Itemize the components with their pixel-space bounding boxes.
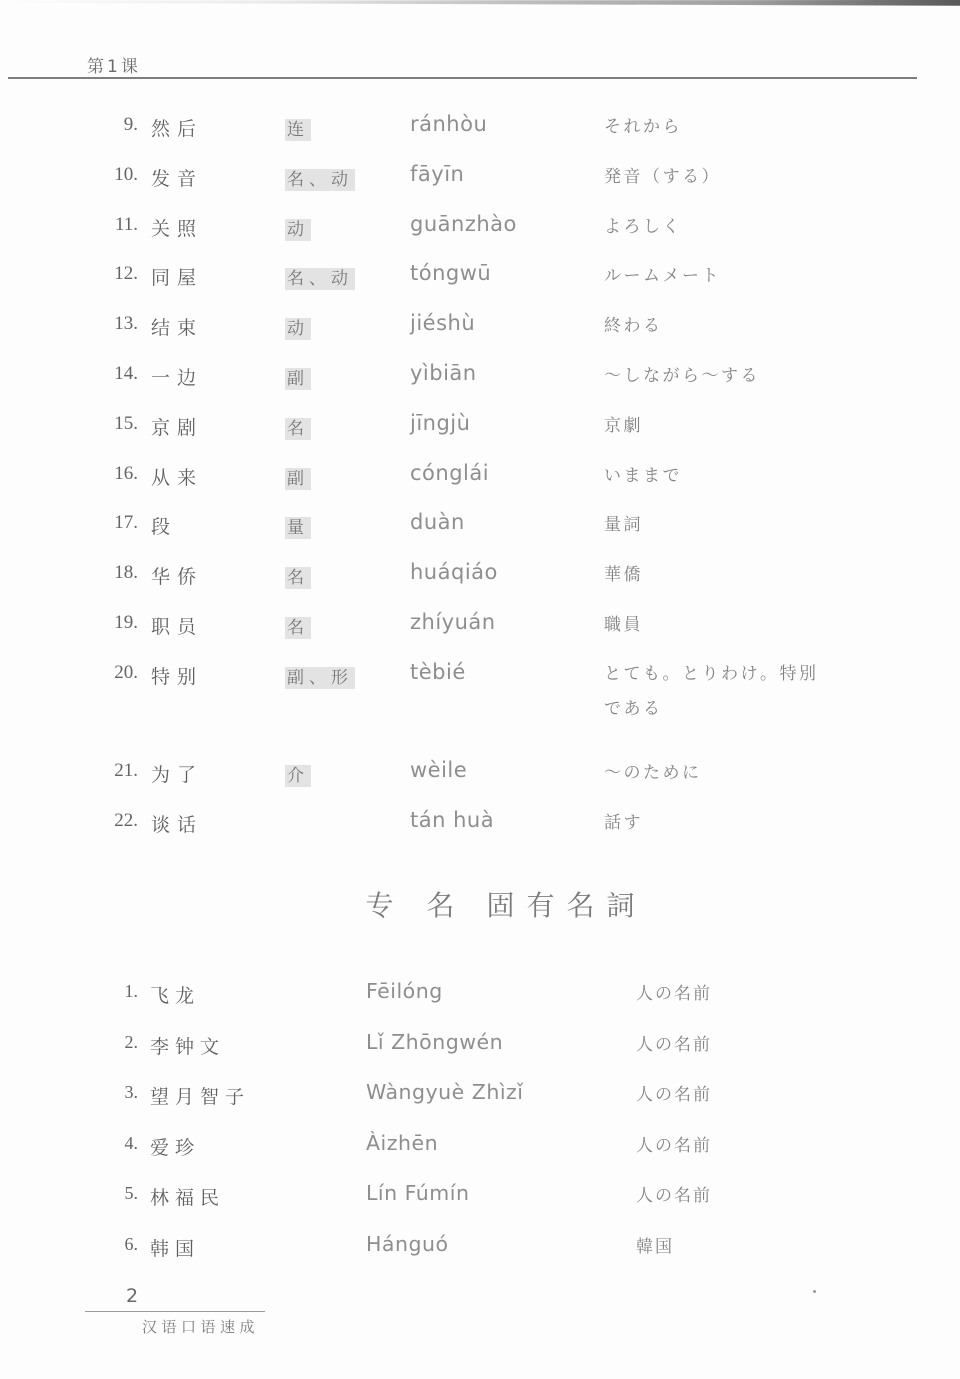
vocab-row-japanese-meaning: 終わる xyxy=(604,313,889,337)
vocab-row-pinyin: ránhòu xyxy=(410,112,604,136)
vocabulary-list: 9. 然后 连 ránhòu それから 10. 发音 名、动 fāyīn 発音（… xyxy=(0,112,960,858)
vocab-row-japanese-meaning: ～しながら～する xyxy=(604,363,889,387)
proper-row-number: 2. xyxy=(112,1032,144,1053)
vocab-row-chinese-word: 关照 xyxy=(144,214,285,241)
vocab-row-pinyin: fāyīn xyxy=(410,162,604,186)
page-number: 2 xyxy=(126,1285,138,1307)
vocab-row-chinese-word: 然后 xyxy=(144,114,285,141)
vocab-row-pos-tag: 名、动 xyxy=(285,263,410,289)
vocab-row-chinese-word: 发音 xyxy=(144,164,285,191)
vocab-row-number: 22. xyxy=(100,810,144,832)
proper-noun-row: 4. 爱珍 Àizhēn 人の名前 xyxy=(0,1130,960,1181)
scan-speck xyxy=(813,1290,816,1293)
proper-noun-row: 6. 韩国 Hánguó 韓国 xyxy=(0,1231,960,1282)
proper-row-chinese-word: 飞龙 xyxy=(144,981,366,1008)
vocab-row-pinyin: huáqiáo xyxy=(410,560,604,584)
vocab-row-number: 16. xyxy=(100,463,144,485)
vocab-row-number: 9. xyxy=(100,114,144,136)
vocab-row-japanese-meaning: 華僑 xyxy=(604,562,889,586)
vocab-row-number: 17. xyxy=(100,512,144,534)
vocab-row-number: 14. xyxy=(100,363,144,385)
vocab-row-japanese-meaning: 京劇 xyxy=(604,413,889,437)
proper-row-pinyin: Àizhēn xyxy=(366,1131,636,1155)
vocab-row-chinese-word: 段 xyxy=(144,512,285,539)
vocab-row-chinese-word: 为了 xyxy=(144,760,285,787)
vocab-row-number: 21. xyxy=(100,760,144,782)
vocab-row-chinese-word: 京剧 xyxy=(144,413,285,440)
vocab-row: 19. 职员 名 zhíyuán 職員 xyxy=(0,610,960,660)
footer-rule xyxy=(85,1311,265,1312)
vocab-row-pos-tag: 介 xyxy=(285,760,410,786)
vocab-row-japanese-meaning: それから xyxy=(604,114,889,138)
vocab-row-number: 11. xyxy=(100,214,144,236)
proper-row-pinyin: Lín Fúmín xyxy=(366,1181,636,1205)
vocab-row: 20. 特别 副、形 tèbié とても。とりわけ。特別 である xyxy=(0,660,960,759)
proper-row-chinese-word: 李钟文 xyxy=(144,1032,366,1059)
vocab-row-pinyin: jiéshù xyxy=(410,311,604,335)
vocab-row-pos-tag: 副、形 xyxy=(285,662,410,688)
vocab-row: 16. 从来 副 cónglái いままで xyxy=(0,461,960,511)
proper-noun-row: 3. 望月智子 Wàngyuè Zhìzǐ 人の名前 xyxy=(0,1079,960,1130)
vocab-row-pos-tag: 名、动 xyxy=(285,164,410,190)
proper-row-japanese-meaning: 人の名前 xyxy=(636,981,921,1005)
vocab-row-chinese-word: 职员 xyxy=(144,612,285,639)
vocab-row-japanese-meaning: ルームメート xyxy=(604,263,889,287)
proper-row-pinyin: Wàngyuè Zhìzǐ xyxy=(366,1080,636,1104)
lesson-header: 第1课 xyxy=(87,52,141,77)
vocab-row-pos-tag: 量 xyxy=(285,512,410,538)
vocab-row-chinese-word: 一边 xyxy=(144,363,285,390)
vocab-row-japanese-meaning: 職員 xyxy=(604,612,889,636)
vocab-row-japanese-meaning: 発音（する） xyxy=(604,164,889,188)
proper-row-japanese-meaning: 人の名前 xyxy=(636,1032,921,1056)
vocab-row-chinese-word: 从来 xyxy=(144,463,285,490)
vocab-row-pinyin: wèile xyxy=(410,758,604,782)
vocab-row-number: 15. xyxy=(100,413,144,435)
vocab-row: 18. 华侨 名 huáqiáo 華僑 xyxy=(0,560,960,610)
vocab-row-pos-tag: 名 xyxy=(285,413,410,439)
vocab-row-number: 12. xyxy=(100,263,144,285)
vocab-row: 10. 发音 名、动 fāyīn 発音（する） xyxy=(0,162,960,212)
vocab-row-number: 10. xyxy=(100,164,144,186)
proper-row-number: 3. xyxy=(112,1082,144,1103)
vocab-row: 21. 为了 介 wèile ～のために xyxy=(0,758,960,808)
vocab-row: 9. 然后 连 ránhòu それから xyxy=(0,112,960,162)
vocab-row-chinese-word: 同屋 xyxy=(144,263,285,290)
vocab-row: 12. 同屋 名、动 tóngwū ルームメート xyxy=(0,261,960,311)
proper-noun-row: 5. 林福民 Lín Fúmín 人の名前 xyxy=(0,1180,960,1231)
proper-row-chinese-word: 望月智子 xyxy=(144,1082,366,1109)
vocab-row-pinyin: tèbié xyxy=(410,660,604,684)
section-heading-japanese: 固有名詞 xyxy=(486,884,646,924)
vocab-row-number: 13. xyxy=(100,313,144,335)
proper-row-pinyin: Lǐ Zhōngwén xyxy=(366,1030,636,1054)
vocab-row-pos-tag xyxy=(285,810,410,811)
vocab-row-pos-tag: 副 xyxy=(285,463,410,489)
vocab-row: 11. 关照 动 guānzhào よろしく xyxy=(0,212,960,262)
proper-row-pinyin: Hánguó xyxy=(366,1232,636,1256)
vocab-row-pinyin: tán huà xyxy=(410,808,604,832)
book-title: 汉语口语速成 xyxy=(142,1316,259,1337)
vocab-row-chinese-word: 特别 xyxy=(144,662,285,689)
vocab-row-number: 20. xyxy=(100,662,144,684)
vocab-row-pinyin: jīngjù xyxy=(410,411,604,435)
vocab-row: 14. 一边 副 yìbiān ～しながら～する xyxy=(0,361,960,411)
proper-row-japanese-meaning: 人の名前 xyxy=(636,1082,921,1106)
vocab-row-pos-tag: 动 xyxy=(285,313,410,339)
vocab-row-pos-tag: 连 xyxy=(285,114,410,140)
proper-nouns-section-heading: 专 名 固有名詞 xyxy=(26,884,960,924)
vocab-row-pinyin: zhíyuán xyxy=(410,610,604,634)
proper-row-japanese-meaning: 人の名前 xyxy=(636,1183,921,1207)
vocab-row-japanese-meaning: とても。とりわけ。特別 である xyxy=(604,655,889,727)
proper-row-japanese-meaning: 韓国 xyxy=(636,1234,921,1258)
proper-row-number: 4. xyxy=(112,1133,144,1154)
vocab-row: 17. 段 量 duàn 量詞 xyxy=(0,510,960,560)
vocab-row-japanese-meaning: 量詞 xyxy=(604,512,889,536)
vocab-row: 13. 结束 动 jiéshù 終わる xyxy=(0,311,960,361)
proper-row-chinese-word: 爱珍 xyxy=(144,1133,366,1160)
proper-row-number: 6. xyxy=(112,1234,144,1255)
vocab-row-pos-tag: 名 xyxy=(285,612,410,638)
proper-row-number: 5. xyxy=(112,1183,144,1204)
vocab-row-pos-tag: 名 xyxy=(285,562,410,588)
proper-nouns-list: 1. 飞龙 Fēilóng 人の名前 2. 李钟文 Lǐ Zhōngwén 人の… xyxy=(0,978,960,1282)
section-heading-chinese: 专 名 xyxy=(366,884,467,924)
vocab-row: 22. 谈话 tán huà 話す xyxy=(0,808,960,858)
scan-edge-artifact xyxy=(0,0,960,6)
vocab-row-pinyin: yìbiān xyxy=(410,361,604,385)
vocab-row-pinyin: guānzhào xyxy=(410,212,604,236)
proper-row-pinyin: Fēilóng xyxy=(366,979,636,1003)
vocab-row-chinese-word: 谈话 xyxy=(144,810,285,837)
vocab-row-pinyin: tóngwū xyxy=(410,261,604,285)
vocab-row-chinese-word: 华侨 xyxy=(144,562,285,589)
proper-row-chinese-word: 韩国 xyxy=(144,1234,366,1261)
vocab-row-pinyin: duàn xyxy=(410,510,604,534)
vocab-row-pos-tag: 动 xyxy=(285,214,410,240)
vocab-row-number: 18. xyxy=(100,562,144,584)
vocab-row-japanese-meaning: いままで xyxy=(604,463,889,487)
vocab-row-pos-tag: 副 xyxy=(285,363,410,389)
vocab-row-pinyin: cónglái xyxy=(410,461,604,485)
proper-noun-row: 2. 李钟文 Lǐ Zhōngwén 人の名前 xyxy=(0,1029,960,1080)
proper-row-japanese-meaning: 人の名前 xyxy=(636,1133,921,1157)
proper-noun-row: 1. 飞龙 Fēilóng 人の名前 xyxy=(0,978,960,1029)
vocab-row-japanese-meaning: 話す xyxy=(604,810,889,834)
proper-row-number: 1. xyxy=(112,981,144,1002)
header-rule xyxy=(8,77,917,79)
proper-row-chinese-word: 林福民 xyxy=(144,1183,366,1210)
vocab-row-japanese-meaning: ～のために xyxy=(604,760,889,784)
vocab-row: 15. 京剧 名 jīngjù 京劇 xyxy=(0,411,960,461)
vocab-row-number: 19. xyxy=(100,612,144,634)
vocab-row-chinese-word: 结束 xyxy=(144,313,285,340)
vocab-row-japanese-meaning: よろしく xyxy=(604,214,889,238)
